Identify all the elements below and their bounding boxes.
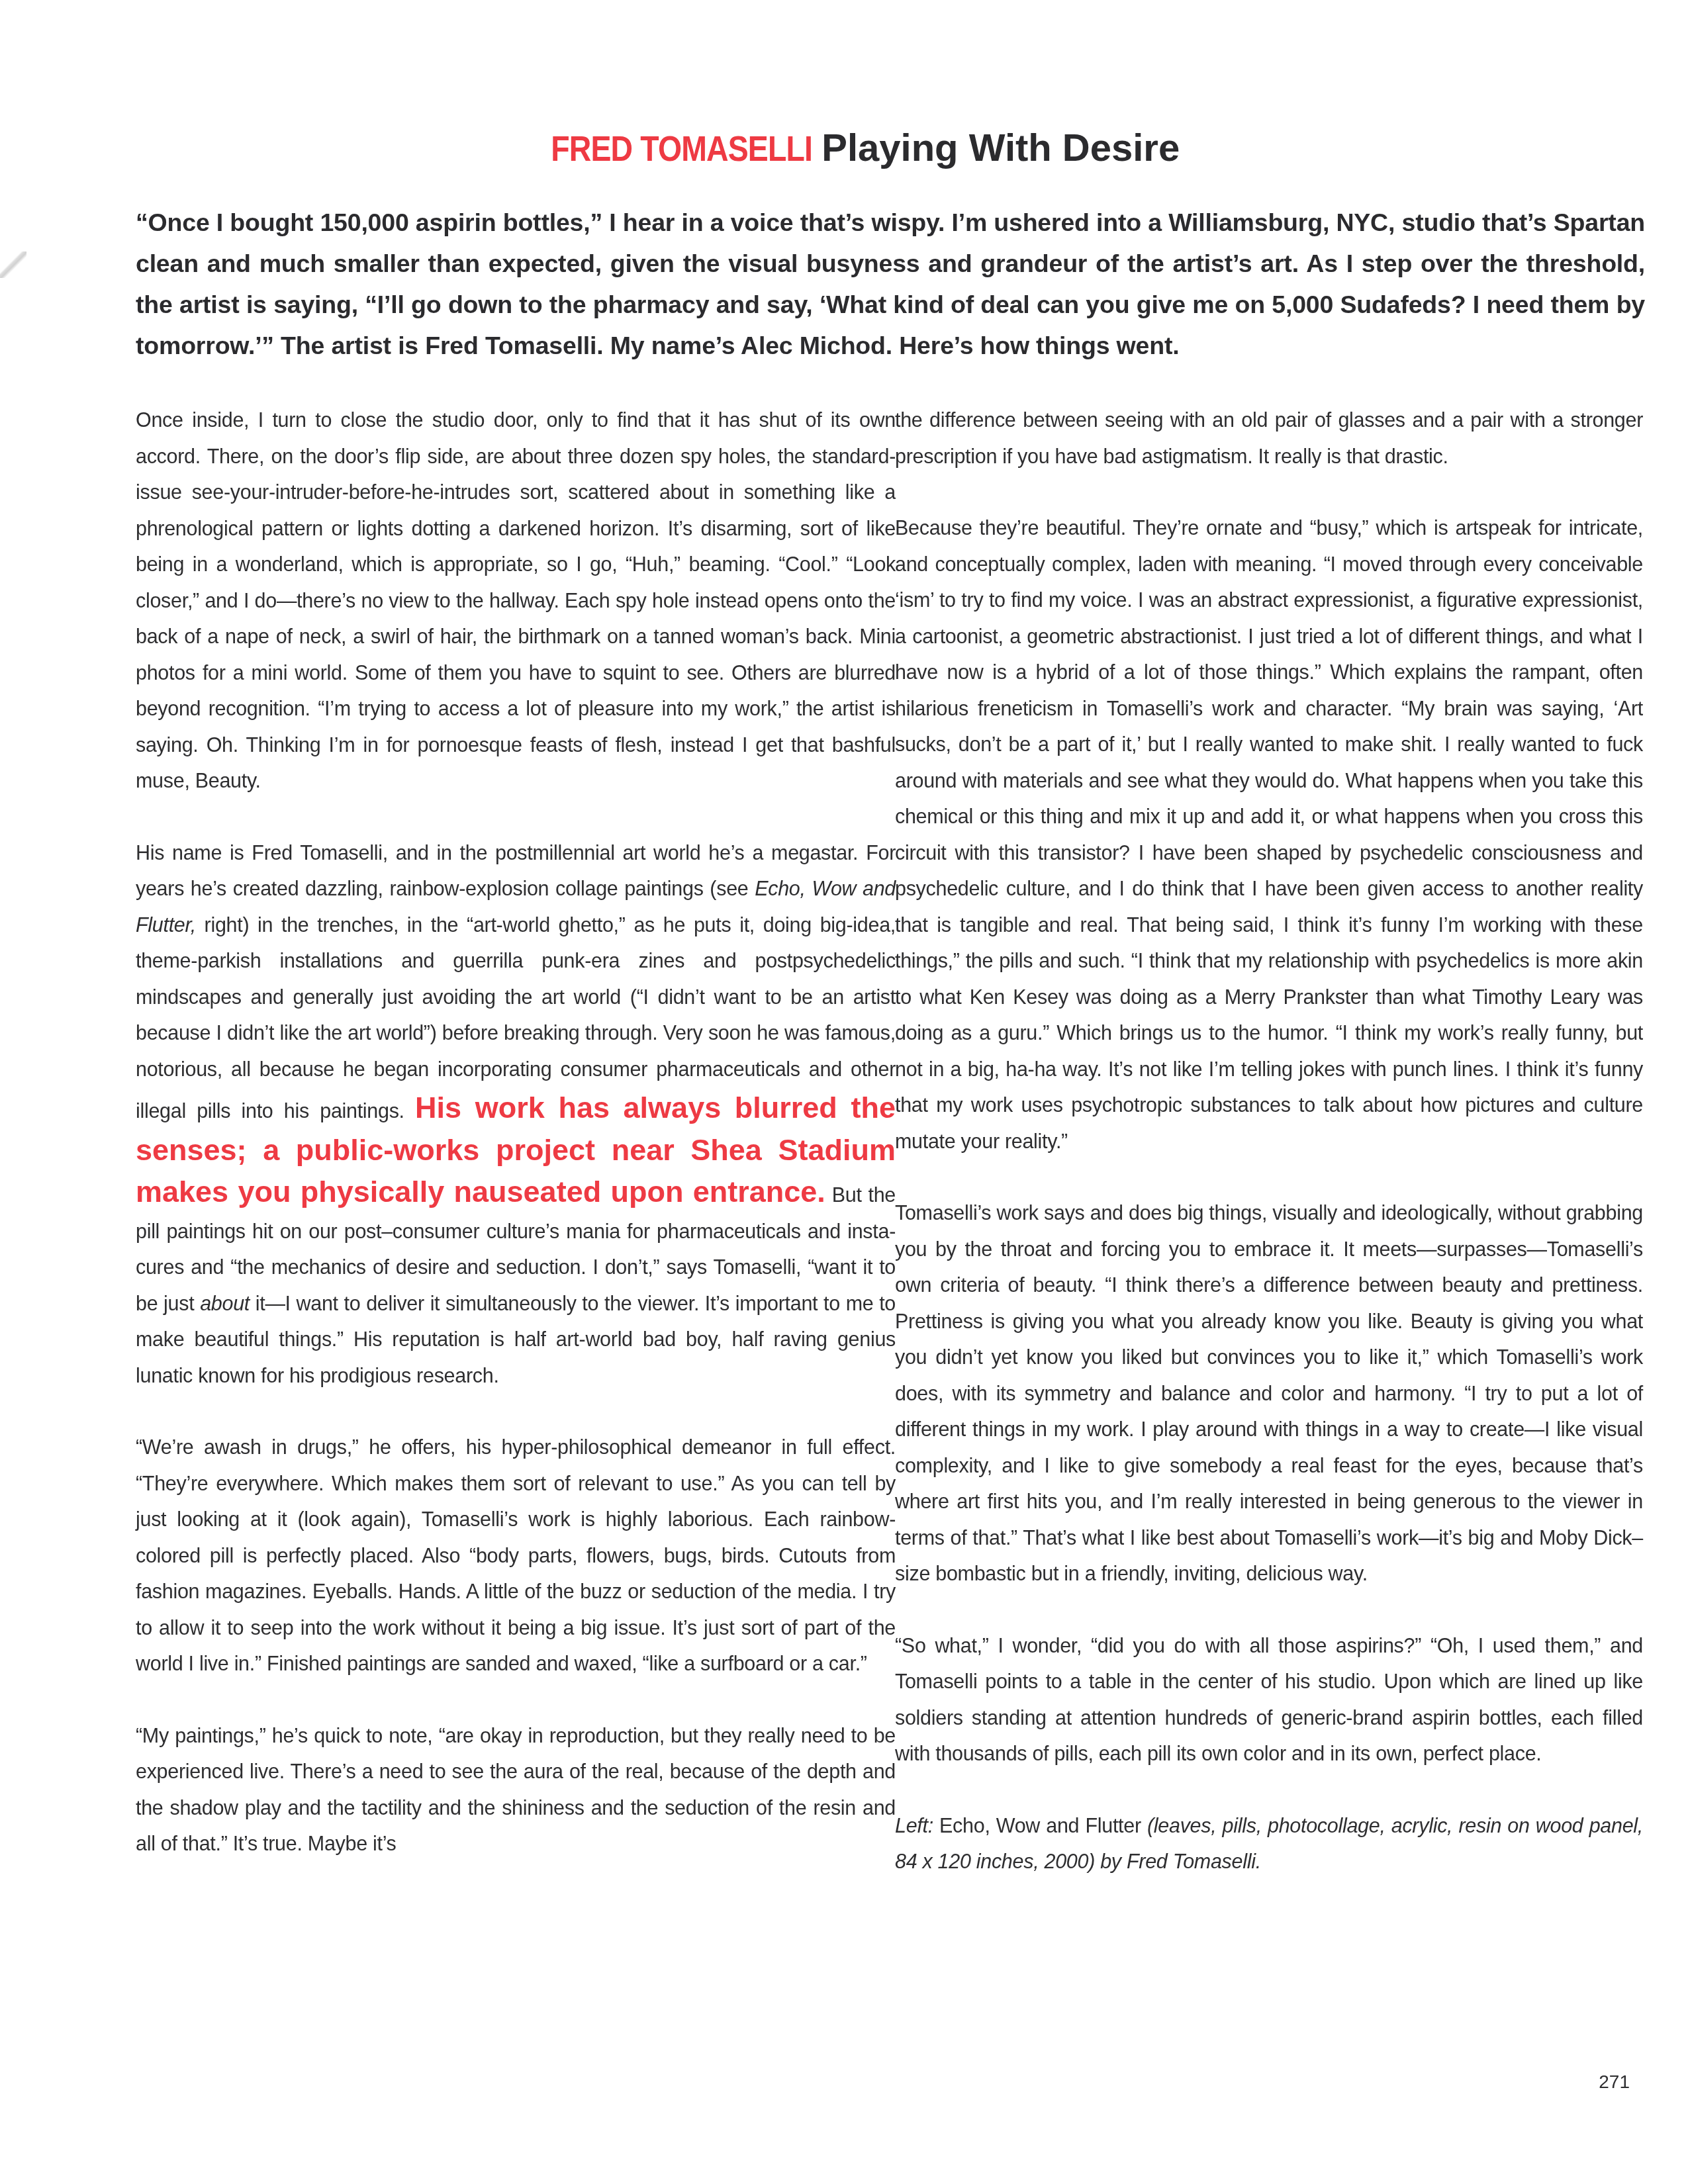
article-headline: Playing With Desire [821,126,1180,170]
paragraph: “We’re awash in drugs,” he offers, his h… [136,1430,896,1682]
paragraph: “So what,” I wonder, “did you do with al… [895,1628,1643,1772]
paragraph-with-pull-quote: His name is Fred Tomaselli, and in the p… [136,835,896,1394]
caption-label: Left: [895,1815,933,1837]
intro-deck: “Once I bought 150,000 aspirin bottles,”… [136,202,1645,366]
emphasis: about [200,1293,250,1315]
paragraph: Once inside, I turn to close the studio … [136,402,896,799]
paragraph: Tomaselli’s work says and does big thing… [895,1195,1643,1592]
right-column: the difference between seeing with an ol… [895,402,1643,1916]
paragraph: “My paintings,” he’s quick to note, “are… [136,1718,896,1862]
paragraph: Because they’re beautiful. They’re ornat… [895,510,1643,1160]
paragraph: the difference between seeing with an ol… [895,402,1643,475]
page-number: 271 [1599,2071,1630,2093]
scan-artifact [0,251,26,278]
article-title: FRED TOMASELLI Playing With Desire [0,126,1688,170]
image-caption: Left: Echo, Wow and Flutter (leaves, pil… [895,1808,1643,1880]
left-column: Once inside, I turn to close the studio … [136,402,896,1898]
artist-name: FRED TOMASELLI [551,128,812,169]
caption-work-title: Echo, Wow and Flutter [933,1815,1147,1837]
text: it—I want to deliver it simultaneously t… [136,1293,896,1387]
